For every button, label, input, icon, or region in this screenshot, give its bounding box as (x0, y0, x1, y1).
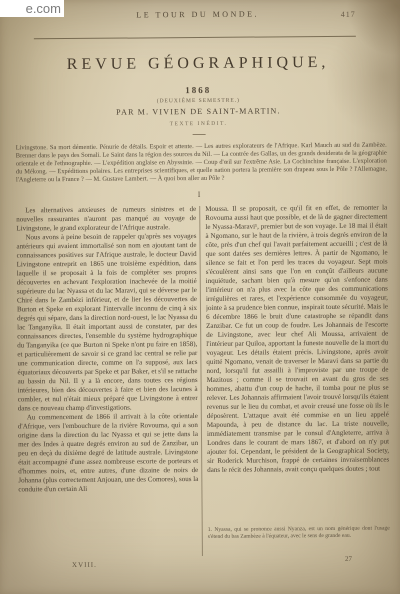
stock-watermark: e.com (0, 0, 64, 17)
footnote: 1. Nyassa, qui se prononce aussi Nyanza,… (208, 526, 390, 541)
paragraph: Les alternatives anxieuses de rumeurs si… (16, 205, 196, 233)
article-semester: (DEUXIÈME SEMESTRE.) (0, 96, 398, 105)
article-byline: PAR M. VIVIEN DE SAINT-MARTIN. (0, 105, 398, 117)
page-number: 417 (341, 10, 356, 19)
right-column: Moussa. Il se proposait, ce qu'il fit en… (205, 204, 389, 523)
paragraph: Nous avons à peine besoin de rappeler qu… (16, 232, 197, 413)
paragraph: Moussa. Il se proposait, ce qu'il fit en… (205, 204, 389, 475)
volume-signature: XVIII. (72, 561, 97, 569)
sheet-number: 27 (345, 555, 352, 563)
column-divider-rule (199, 206, 203, 556)
masthead-divider (193, 134, 206, 135)
article-note: TEXTE INÉDIT. (0, 119, 399, 128)
paragraph: Au commencement de 1866 il arrivait à la… (18, 412, 199, 494)
page-content: LE TOUR DU MONDE. 417 REVUE GÉOGRAPHIQUE… (0, 0, 400, 594)
left-column: Les alternatives anxieuses de rumeurs si… (16, 205, 199, 558)
article-summary: Livingstone. Sa mort démentie. Pénurie d… (16, 142, 387, 184)
section-number: I (0, 188, 399, 200)
article-year: 1868 (0, 83, 398, 96)
scanned-page: e.com LE TOUR DU MONDE. 417 REVUE GÉOGRA… (0, 0, 400, 594)
header-rule (34, 36, 356, 40)
article-title: REVUE GÉOGRAPHIQUE, (0, 53, 398, 74)
